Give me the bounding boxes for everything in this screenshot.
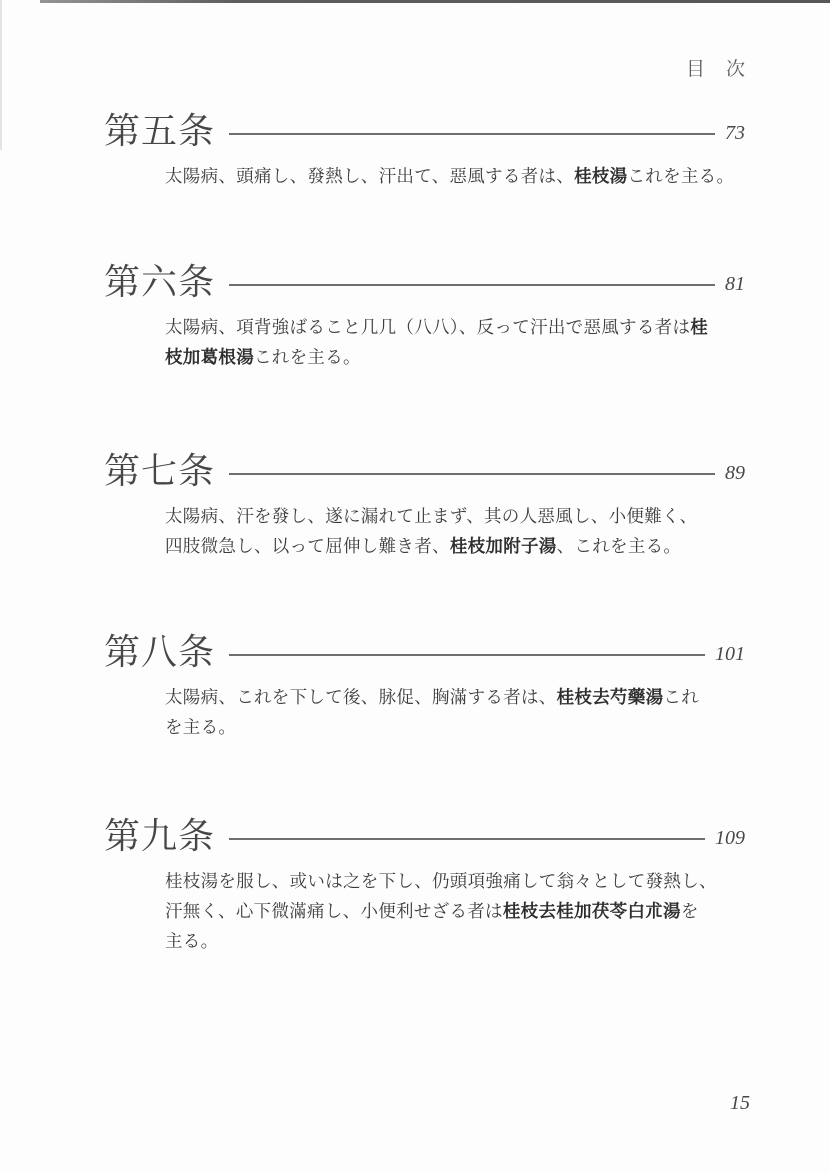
formula-name: 桂枝湯 (574, 166, 627, 186)
text-segment: 太陽病、これを下して後、脉促、胸滿する者は、 (165, 687, 557, 707)
formula-name: 枝加葛根湯 (165, 347, 254, 367)
toc-leader-rule (229, 133, 715, 135)
toc-entry-heading-row: 第六条 81 (104, 260, 745, 304)
toc-entry-page-number: 73 (725, 122, 745, 145)
toc-entry-title: 第九条 (104, 814, 215, 858)
text-segment: 太陽病、汗を發し、遂に漏れて止まず、其の人惡風し、小便難く、 (165, 506, 697, 526)
toc-header: 目 次 (686, 54, 746, 81)
toc-entry-body: 太陽病、項背強ばること几几（八八）、反って汗出で惡風する者は桂 枝加葛根湯これを… (165, 312, 725, 372)
body-text-line: 桂枝湯を服し、或いは之を下し、仍頭項強痛して翁々として發熱し、 (165, 866, 725, 896)
body-text-line: 主る。 (165, 926, 725, 956)
text-segment: 四肢微急し、以って屈伸し難き者、 (165, 536, 450, 556)
body-text-line: 枝加葛根湯これを主る。 (165, 342, 725, 372)
scan-top-edge-artifact (40, 0, 830, 3)
text-segment: 桂枝湯を服し、或いは之を下し、仍頭項強痛して翁々として發熱し、 (165, 871, 717, 891)
formula-name: 桂枝去芍藥湯 (557, 687, 664, 707)
text-segment: 太陽病、頭痛し、發熱し、汗出て、惡風する者は、 (165, 166, 574, 186)
toc-entry-heading-row: 第九条 109 (104, 814, 745, 858)
toc-entry-heading-row: 第八条 101 (104, 630, 745, 674)
body-text-line: 太陽病、これを下して後、脉促、胸滿する者は、桂枝去芍藥湯これ (165, 682, 725, 712)
toc-leader-rule (229, 284, 715, 286)
text-segment: これを主る。 (627, 166, 734, 186)
toc-leader-rule (229, 838, 705, 840)
formula-name: 桂枝加附子湯 (450, 536, 557, 556)
toc-page: 目 次 第五条 73 太陽病、頭痛し、發熱し、汗出て、惡風する者は、桂枝湯これを… (0, 0, 830, 1174)
toc-entry: 第九条 109 桂枝湯を服し、或いは之を下し、仍頭項強痛して翁々として發熱し、 … (104, 814, 745, 956)
text-segment: を (681, 901, 699, 921)
body-text-line: 四肢微急し、以って屈伸し難き者、桂枝加附子湯、これを主る。 (165, 531, 725, 561)
toc-entry: 第八条 101 太陽病、これを下して後、脉促、胸滿する者は、桂枝去芍藥湯これ を… (104, 630, 745, 742)
toc-entry: 第七条 89 太陽病、汗を發し、遂に漏れて止まず、其の人惡風し、小便難く、 四肢… (104, 449, 745, 561)
toc-leader-rule (229, 654, 705, 656)
toc-entry-body: 太陽病、これを下して後、脉促、胸滿する者は、桂枝去芍藥湯これ を主る。 (165, 682, 725, 742)
text-segment: 、これを主る。 (557, 536, 682, 556)
toc-leader-rule (229, 473, 715, 475)
toc-entry-page-number: 109 (715, 827, 745, 850)
toc-entry-page-number: 101 (715, 643, 745, 666)
text-segment: 汗無く、心下微滿痛し、小便利せざる者は (165, 901, 503, 921)
formula-name: 桂枝去桂加茯苓白朮湯 (503, 901, 681, 921)
toc-entry-title: 第八条 (104, 630, 215, 674)
body-text-line: を主る。 (165, 712, 725, 742)
body-text-line: 太陽病、頭痛し、發熱し、汗出て、惡風する者は、桂枝湯これを主る。 (165, 161, 725, 191)
text-segment: これ (663, 687, 699, 707)
formula-name: 桂 (690, 317, 708, 337)
text-segment: 太陽病、項背強ばること几几（八八）、反って汗出で惡風する者は (165, 317, 690, 337)
scan-left-edge-artifact (0, 0, 2, 150)
toc-entry-heading-row: 第五条 73 (104, 109, 745, 153)
text-segment: を主る。 (165, 717, 236, 737)
toc-entry-body: 太陽病、頭痛し、發熱し、汗出て、惡風する者は、桂枝湯これを主る。 (165, 161, 725, 191)
page-number: 15 (730, 1092, 750, 1115)
toc-entry-heading-row: 第七条 89 (104, 449, 745, 493)
toc-entry-title: 第五条 (104, 109, 215, 153)
toc-entry: 第五条 73 太陽病、頭痛し、發熱し、汗出て、惡風する者は、桂枝湯これを主る。 (104, 109, 745, 191)
toc-entry-body: 桂枝湯を服し、或いは之を下し、仍頭項強痛して翁々として發熱し、 汗無く、心下微滿… (165, 866, 725, 956)
text-segment: これを主る。 (254, 347, 361, 367)
body-text-line: 太陽病、汗を發し、遂に漏れて止まず、其の人惡風し、小便難く、 (165, 501, 725, 531)
body-text-line: 汗無く、心下微滿痛し、小便利せざる者は桂枝去桂加茯苓白朮湯を (165, 896, 725, 926)
toc-entry-page-number: 89 (725, 462, 745, 485)
toc-entry-body: 太陽病、汗を發し、遂に漏れて止まず、其の人惡風し、小便難く、 四肢微急し、以って… (165, 501, 725, 561)
toc-entry-title: 第七条 (104, 449, 215, 493)
text-segment: 主る。 (165, 931, 218, 951)
toc-entry-title: 第六条 (104, 260, 215, 304)
toc-entry: 第六条 81 太陽病、項背強ばること几几（八八）、反って汗出で惡風する者は桂 枝… (104, 260, 745, 372)
toc-entry-page-number: 81 (725, 273, 745, 296)
body-text-line: 太陽病、項背強ばること几几（八八）、反って汗出で惡風する者は桂 (165, 312, 725, 342)
